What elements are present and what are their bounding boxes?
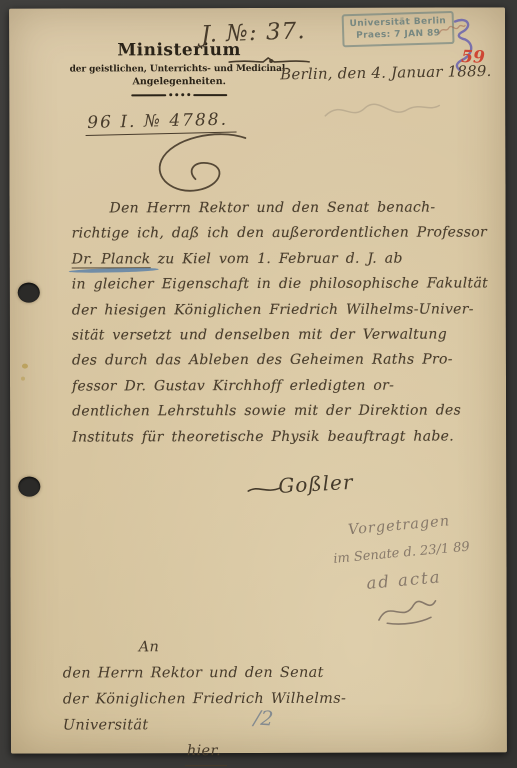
body-line: des durch das Ableben des Geheimen Raths… bbox=[72, 348, 466, 374]
minister-signature: Goßler bbox=[278, 470, 354, 498]
punch-hole bbox=[18, 477, 40, 497]
paper-stain bbox=[22, 364, 28, 369]
pencil-scribble bbox=[321, 94, 443, 126]
opening-flourish-icon bbox=[145, 132, 257, 198]
body-line: fessor Dr. Gustav Kirchhoff erledigten o… bbox=[72, 373, 466, 399]
pencil-page-number: /2 bbox=[253, 705, 274, 730]
body-line: dentlichen Lehrstuhls sowie mit der Dire… bbox=[72, 399, 466, 425]
body-line: der hiesigen Königlichen Friedrich Wilhe… bbox=[72, 297, 466, 323]
letterhead-ornament-rule bbox=[131, 93, 227, 96]
body-line-rest: zu Kiel vom 1. Februar d. J. ab bbox=[158, 250, 403, 267]
body-line: in gleicher Eigenschaft in die philosoph… bbox=[72, 272, 466, 298]
body-line: Instituts für theoretische Physik beauft… bbox=[72, 424, 466, 450]
signature-lead-stroke bbox=[246, 482, 282, 496]
letter-body: Den Herrn Rektor und den Senat benach- r… bbox=[72, 195, 467, 450]
address-line5: hier. bbox=[185, 738, 227, 766]
address-line1: An bbox=[139, 634, 346, 661]
registry-note: Vorgetragen im Senate d. 23/1 89 ad acta bbox=[306, 505, 500, 634]
paper-stain bbox=[21, 377, 25, 381]
letterhead-line3: Angelegenheiten. bbox=[59, 76, 299, 88]
punch-hole bbox=[18, 283, 40, 303]
body-line-planck: Dr. Planckzu Kiel vom 1. Februar d. J. a… bbox=[72, 246, 466, 272]
letterhead: Ministerium der geistlichen, Unterrichts… bbox=[59, 40, 299, 97]
body-line: richtige ich, daß ich den außerordentlic… bbox=[72, 221, 466, 247]
journal-number: J. №: 37. bbox=[201, 18, 306, 48]
registry-paraph bbox=[371, 592, 443, 628]
address-line4: Universität bbox=[63, 712, 346, 739]
document-scan: Ministerium der geistlichen, Unterrichts… bbox=[9, 7, 507, 753]
date-line: Berlin, den 4. Januar 1889. bbox=[280, 62, 492, 84]
address-block: An den Herrn Rektor und den Senat der Kö… bbox=[63, 634, 347, 767]
body-line: sität versetzt und denselben mit der Ver… bbox=[72, 322, 466, 348]
planck-underlined-name: Dr. Planck bbox=[72, 251, 151, 268]
stamp-line2: Praes: 7 JAN 89 bbox=[346, 27, 450, 42]
address-line3: der Königlichen Friedrich Wilhelms- bbox=[63, 686, 346, 713]
address-line2: den Herrn Rektor und den Senat bbox=[63, 660, 346, 687]
body-line: Den Herrn Rektor und den Senat benach- bbox=[72, 195, 466, 221]
